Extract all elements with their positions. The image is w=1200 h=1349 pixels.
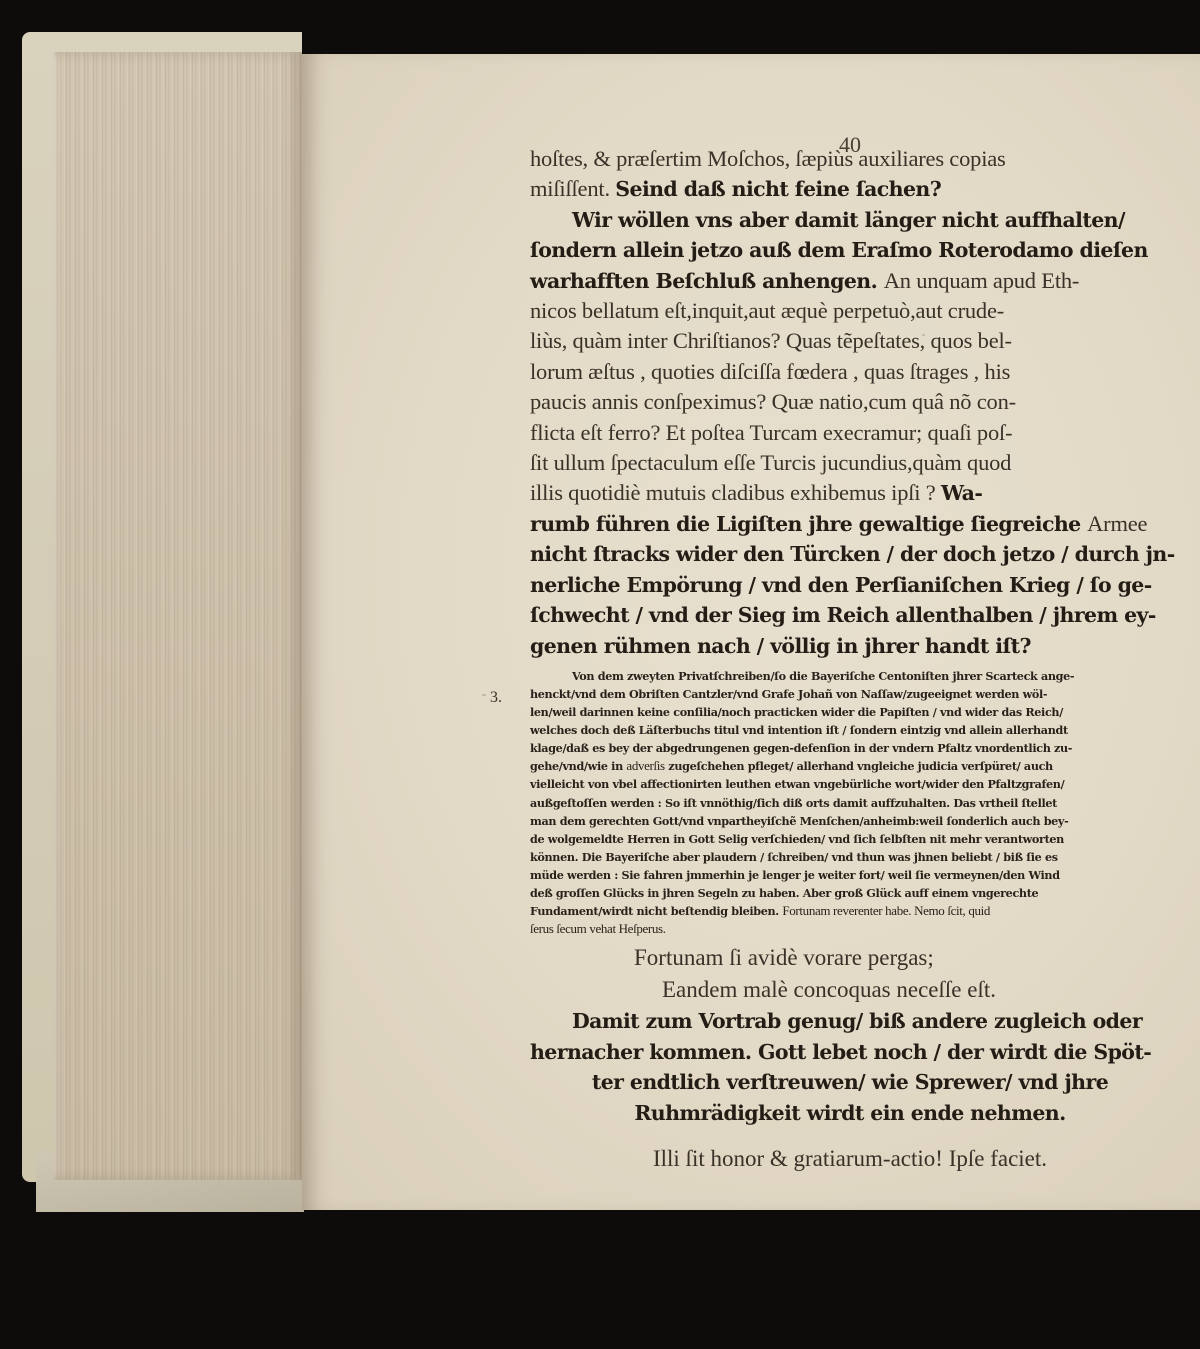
closing-line: Illi ſit honor & gratiarum-actio! Ipſe f… [530,1146,1170,1172]
text-line: Damit zum Vortrab genug/ biß andere zugl… [530,1006,1170,1036]
text-line: Ruhmrädigkeit wirdt ein ende nehmen. [530,1098,1170,1128]
note-line: Fundament/wirdt nicht beſtendig bleiben.… [530,902,1170,920]
latin-verse: Fortunam ſi avidè vorare pergas; Eandem … [530,942,1170,1006]
text-line: ſchwecht / vnd der Sieg im Reich allenth… [530,600,1170,630]
text-line: flicta eſt ferro? Et poſtea Turcam execr… [530,418,1170,448]
note-line: Von dem zweyten Privatſchreiben/ſo die B… [530,667,1170,685]
note-line: vielleicht von vbel affectionirten leuth… [530,775,1170,793]
note-line: deß groſſen Glücks in jhren Segeln zu ha… [530,884,1170,902]
text-line: miſiſſent. Seind daß nicht feine ſachen? [530,174,1170,204]
text-line: genen rühmen nach / völlig in jhrer hand… [530,631,1170,661]
book: 40 hoſtes, & præſertim Moſchos, ſæpiùs a… [22,32,1200,1332]
book-page: 40 hoſtes, & præſertim Moſchos, ſæpiùs a… [302,54,1200,1210]
marginal-note: 3. Von dem zweyten Privatſchreiben/ſo di… [530,667,1170,938]
note-line: außgeſtoſſen werden : So iſt vnnöthig/ſi… [530,794,1170,812]
text-line: paucis annis conſpeximus? Quæ natio,cum … [530,387,1170,417]
text-line: ſit ullum ſpectaculum eſſe Turcis jucund… [530,448,1170,478]
text-line: ter endtlich verſtreuwen/ wie Sprewer/ v… [530,1067,1170,1097]
note-line: ſerus ſecum vehat Heſperus. [530,920,1170,938]
verse-line: Eandem malè concoquas neceſſe eſt. [530,974,1170,1006]
note-line: welches doch deß Läſterbuchs titul vnd i… [530,721,1170,739]
verse-line: Fortunam ſi avidè vorare pergas; [530,942,1170,974]
paragraph-3: Damit zum Vortrab genug/ biß andere zugl… [530,1006,1170,1128]
paragraph-2: Wir wöllen vns aber damit länger nicht a… [530,205,1170,661]
page-edges-stack [54,52,302,1180]
note-line: man dem gerechten Gott/vnd vnpartheyiſch… [530,812,1170,830]
note-line: gehe/vnd/wie in adverſis zugeſchehen pfl… [530,757,1170,775]
text-line: lorum æſtus , quoties diſciſſa fœdera , … [530,357,1170,387]
note-marker: 3. [490,689,502,707]
text-line: warhafften Beſchluß anhengen. An unquam … [530,266,1170,296]
page-number: 40 [530,132,1170,158]
note-line: klage/daß es bey der abgedrungenen gegen… [530,739,1170,757]
text-line: illis quotidiè mutuis cladibus exhibemus… [530,478,1170,508]
text-line: Wir wöllen vns aber damit länger nicht a… [530,205,1170,235]
note-line: de wolgemeldte Herren in Gott Selig verſ… [530,830,1170,848]
text-line: liùs, quàm inter Chriſtianos? Quas tẽpeſ… [530,326,1170,356]
text-line: rumb führen die Ligiſten jhre gewaltige … [530,509,1170,539]
text-line: ſondern allein jetzo auß dem Eraſmo Rote… [530,235,1170,265]
note-line: henckt/vnd dem Obriſten Cantzler/vnd Gra… [530,685,1170,703]
text-line: nicht ſtracks wider den Türcken / der do… [530,539,1170,569]
note-line: len/weil darinnen keine conſilia/noch pr… [530,703,1170,721]
text-line: hernacher kommen. Gott lebet noch / der … [530,1037,1170,1067]
text-block: 40 hoſtes, & præſertim Moſchos, ſæpiùs a… [530,144,1170,1172]
note-line: können. Die Bayeriſche aber plaudern / ſ… [530,848,1170,866]
text-line: nicos bellatum eſt,inquit,aut æquè perpe… [530,296,1170,326]
text-line: nerliche Empörung / vnd den Perſianiſche… [530,570,1170,600]
note-line: müde werden : Sie fahren jmmerhin je len… [530,866,1170,884]
